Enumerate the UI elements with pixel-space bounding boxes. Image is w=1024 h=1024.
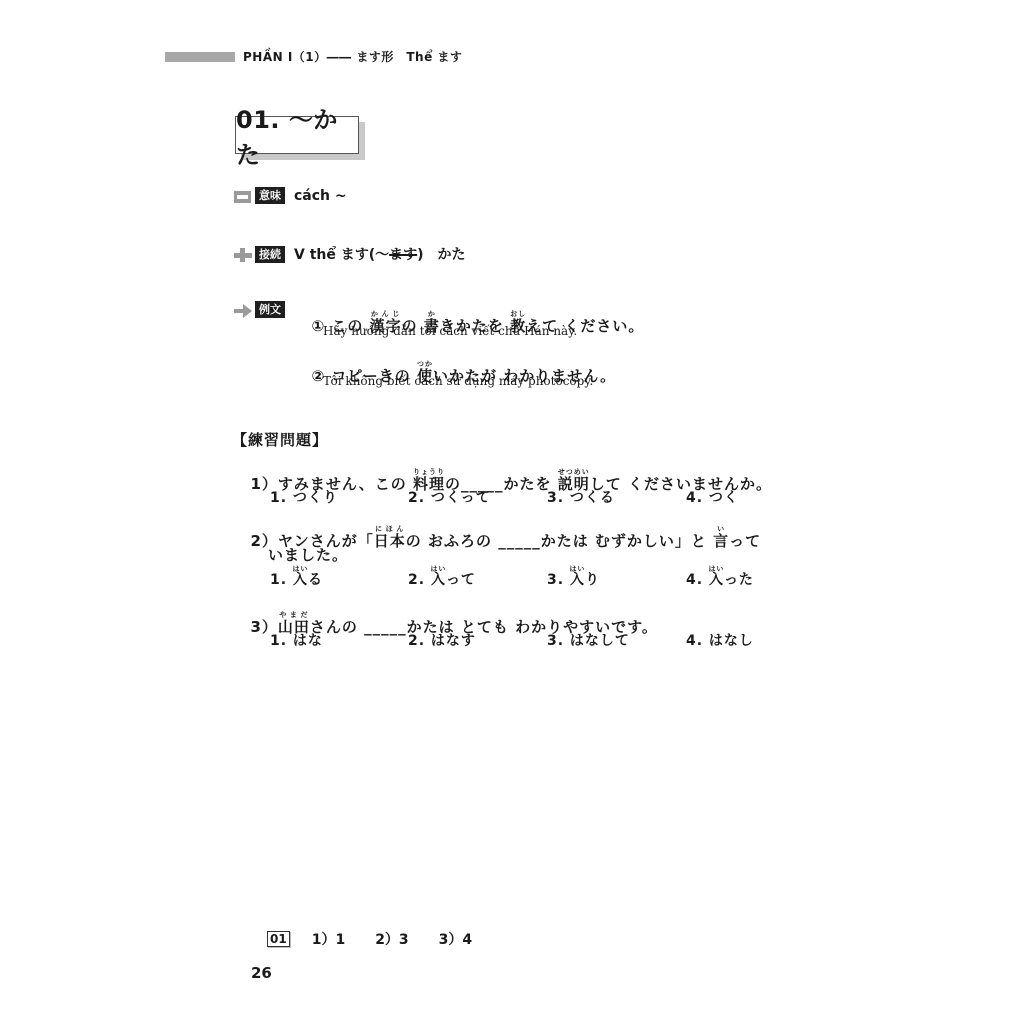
answer-key-label: 01 [267,931,290,947]
examples-tag: 例文 [255,301,285,318]
connection-tag: 接続 [255,246,285,263]
kanji: 日本 [374,532,406,550]
kanji: 入 [292,572,308,588]
option-text: って [446,572,476,588]
meaning-tag: 意味 [255,187,285,204]
page-number: 26 [251,964,272,982]
meaning-row: 意味 cách ~ [234,187,347,204]
q1-option-3: 3. つくる [547,487,615,507]
connection-text: V thể ます(～ます) かた [294,244,466,264]
connection-suffix: ) かた [417,247,465,263]
connection-prefix: V thể ます(～ [294,247,389,263]
connection-struck: ます [389,247,417,263]
header-bar [165,52,235,62]
exercises-heading: 【練習問題】 [232,429,328,450]
question-text: の おふろの _____かたは むずかしい」と [406,532,713,550]
furigana: やまだ [278,611,310,619]
question-2-line-2: いました。 [268,544,348,565]
example-2-translation: Tôi không biết cách sử dụng máy photocop… [323,374,593,388]
q3-option-4: 4. はなし [686,630,754,650]
plus-icon [234,247,252,261]
lesson-title: 01. ～かた [235,116,359,154]
kanji: 入 [569,572,585,588]
q2-option-4: 4. 入はいった [686,565,754,589]
answer-key: 01 1）1 2）3 3）4 [267,929,472,949]
answer-1: 1）1 [312,929,345,949]
q1-option-1: 1. つくり [270,487,338,507]
arrow-icon [234,303,252,317]
furigana: はい [292,565,308,573]
q3-option-3: 3. はなして [547,630,630,650]
q1-option-4: 4. つく [686,487,739,507]
furigana: せつめい [558,468,590,476]
option-num: 1. [270,572,293,588]
option-text: った [724,572,754,588]
connection-row: 接続 V thể ます(～ます) かた [234,244,466,264]
q2-option-3: 3. 入はいり [547,565,600,589]
furigana: おし [510,310,526,318]
answer-2: 2）3 [375,929,408,949]
q1-option-2: 2. つくって [408,487,491,507]
furigana: りょうり [413,468,445,476]
furigana: はい [708,565,724,573]
furigana: か [424,310,440,318]
furigana: はい [430,565,446,573]
kanji: 言 [713,532,729,550]
kanji: 入 [708,572,724,588]
kanji: 入 [430,572,446,588]
option-num: 2. [408,572,431,588]
section-header: PHẦN I（1）―― ます形 Thể ます [243,48,462,65]
furigana: つか [417,360,433,368]
furigana: かんじ [370,310,402,318]
folder-icon [234,189,252,203]
examples-tag-row: 例文 [234,301,285,318]
question-text: って [729,532,761,550]
option-num: 4. [686,572,709,588]
meaning-text: cách ~ [294,188,347,204]
q3-option-2: 2. はなす [408,630,476,650]
furigana: にほん [374,525,406,533]
q2-option-2: 2. 入はいって [408,565,476,589]
q2-option-1: 1. 入はいる [270,565,323,589]
example-1-translation: Hãy hướng dẫn tôi cách viết chữ Hán này. [323,324,577,338]
option-text: り [585,572,600,588]
answer-3: 3）4 [439,929,472,949]
furigana: はい [569,565,585,573]
furigana: い [713,525,729,533]
question-text: して くださいませんか。 [590,475,772,493]
option-text: る [308,572,323,588]
q3-option-1: 1. はな [270,630,323,650]
option-num: 3. [547,572,570,588]
